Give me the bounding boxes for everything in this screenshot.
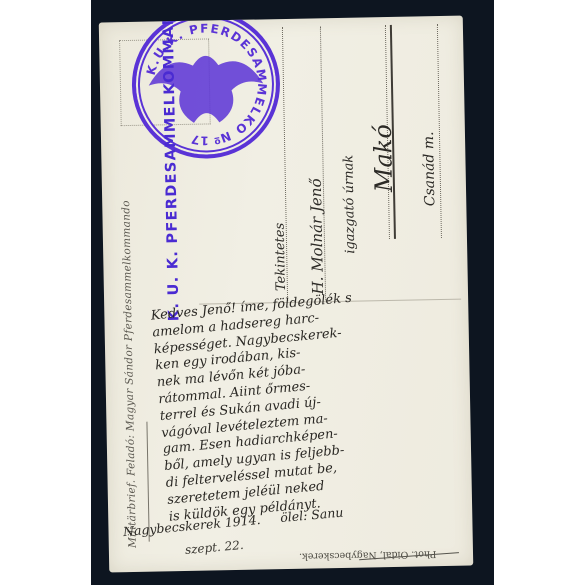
postcard: K.U.K. PFERDESAMMELKO Nº 17 K. U. K. PFE… [99, 16, 473, 573]
address-city: Makó [369, 124, 398, 192]
address-salutation: Tekintetes [273, 223, 289, 292]
double-headed-eagle-icon [135, 16, 278, 156]
unit-seal: K.U.K. PFERDESAMMELKO Nº 17 [131, 16, 282, 160]
address-county: Csanád m. [421, 131, 438, 206]
sender-line: Militärbrief. Feladó: Magyar Sándor Pfer… [120, 200, 139, 548]
address-title: igazgató úrnak [341, 155, 358, 254]
handwritten-message: Kedves Jenő! íme, földegölék s amelom a … [150, 280, 473, 526]
signoff-date: szept. 22. [184, 538, 244, 557]
address-name: H. Molnár Jenő [307, 178, 327, 294]
